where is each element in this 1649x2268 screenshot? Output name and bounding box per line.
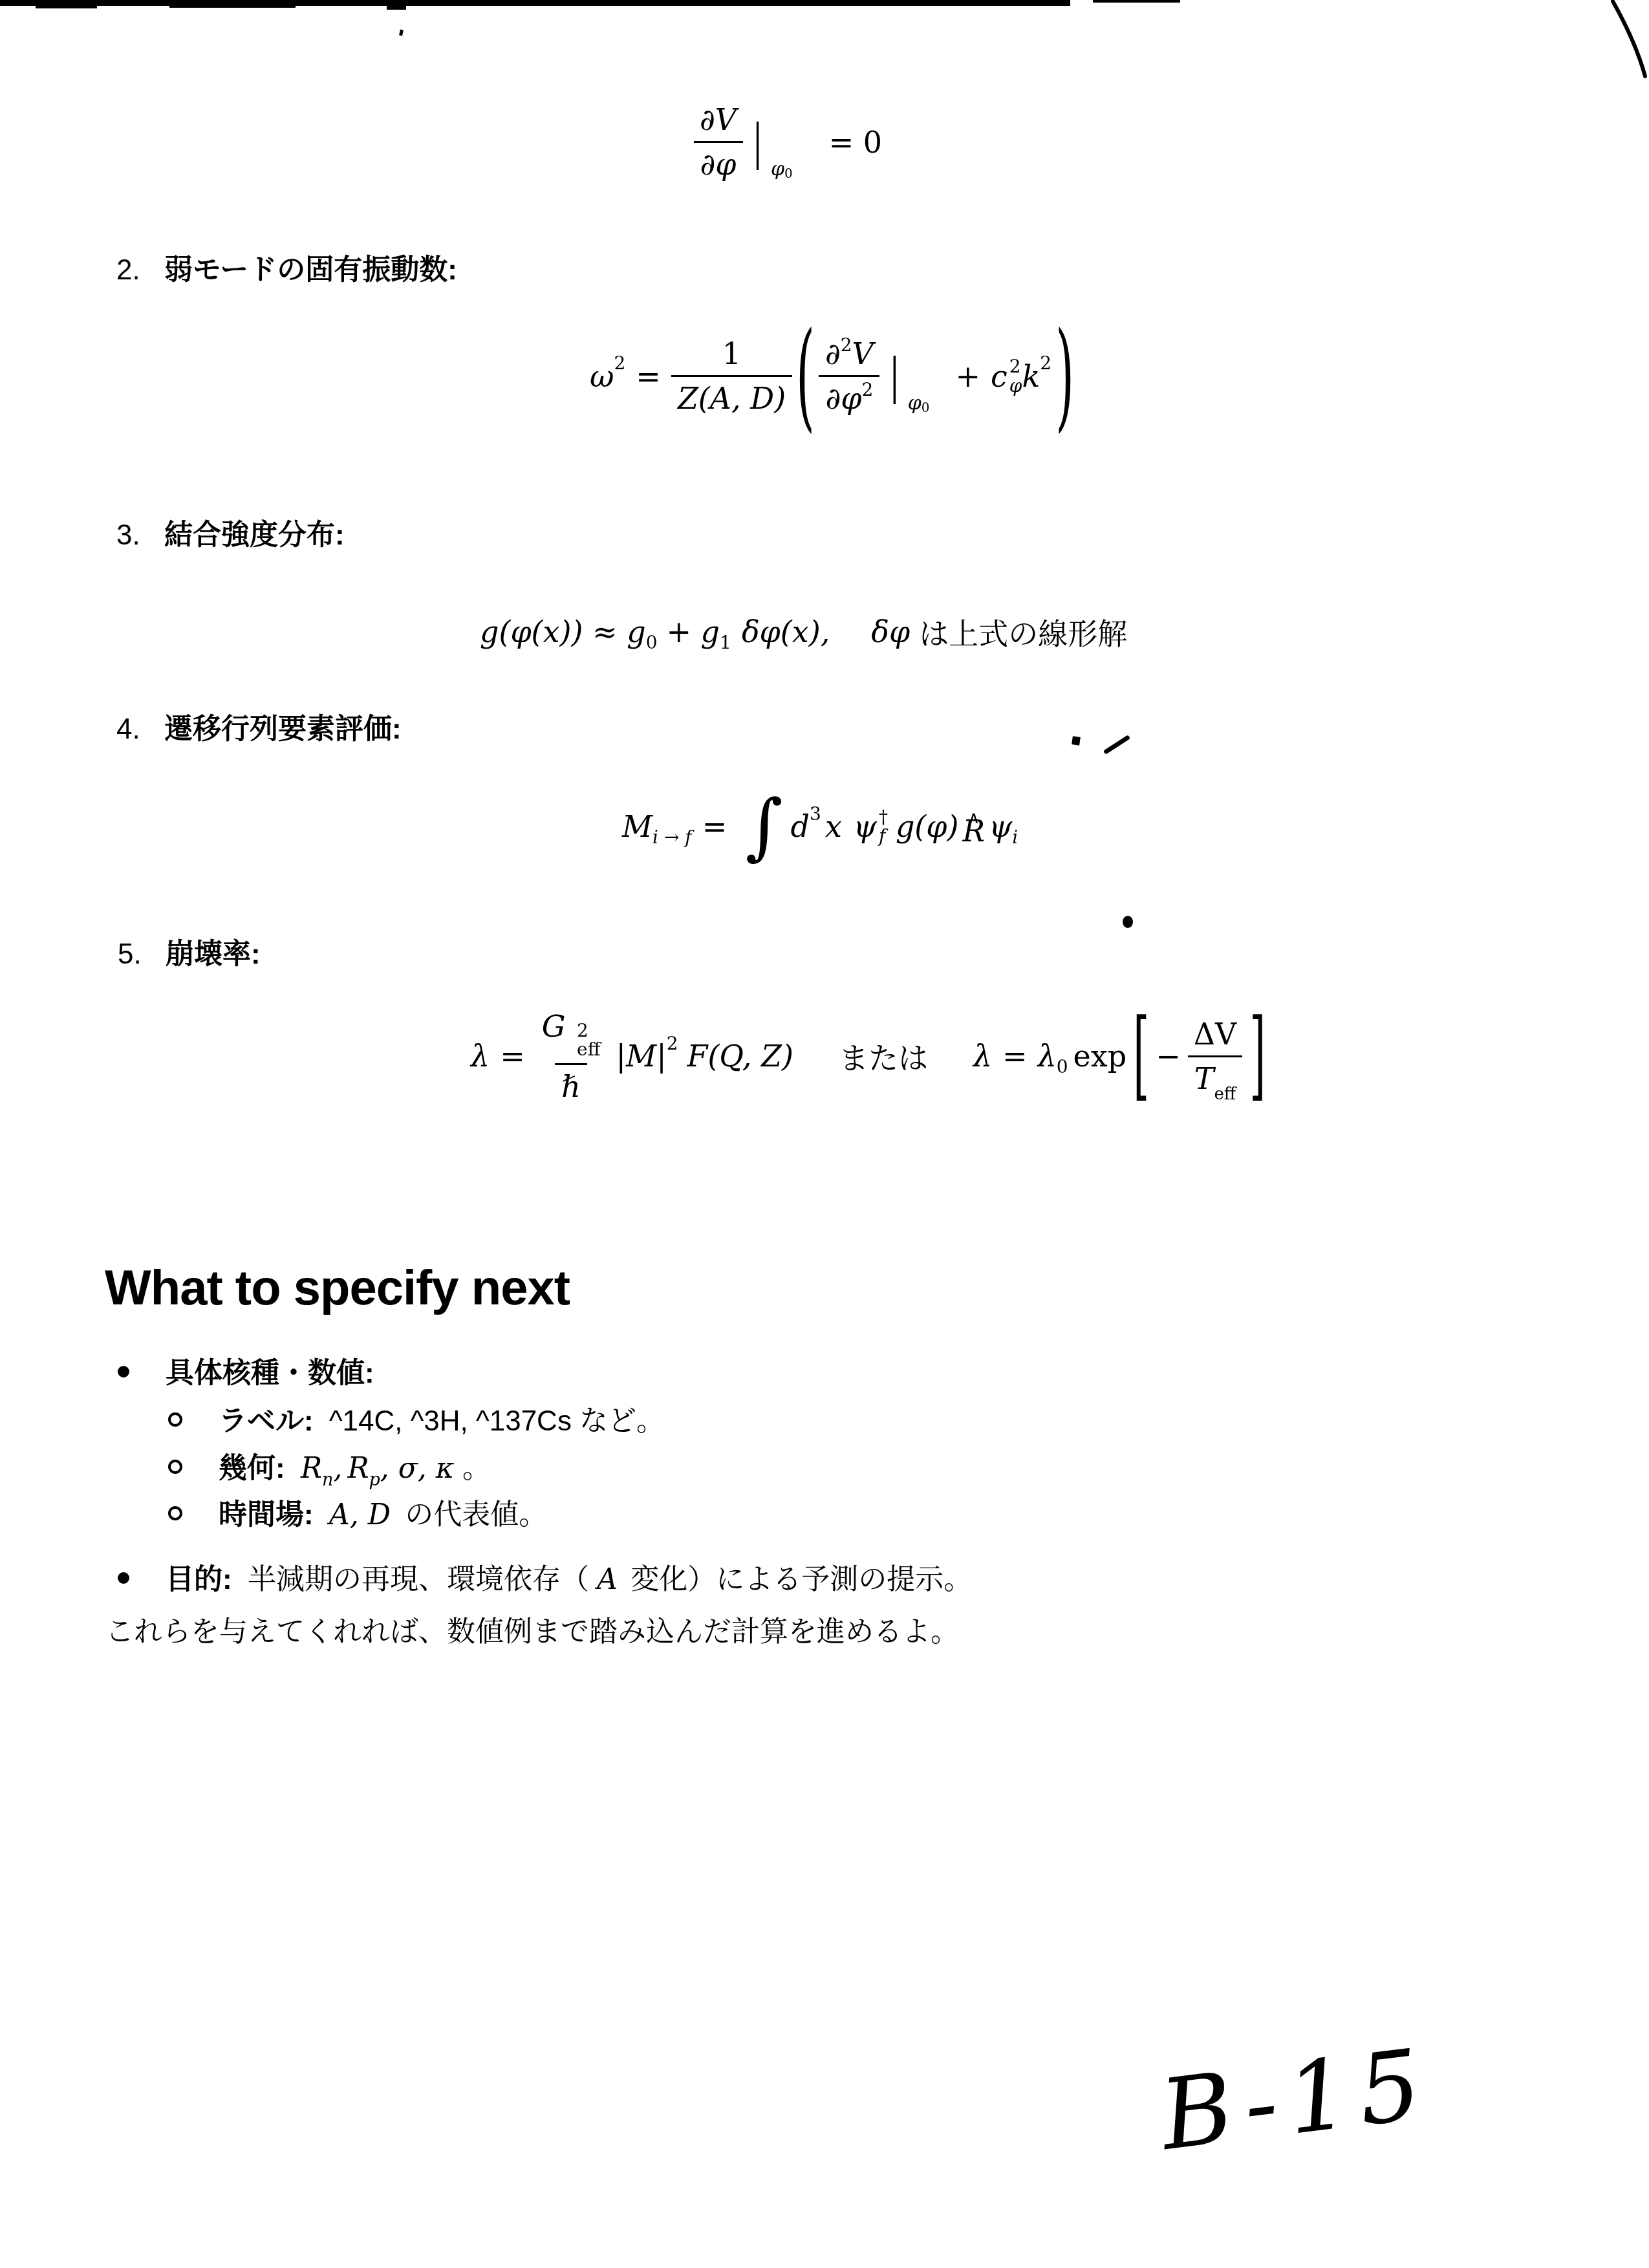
eq2-k: k [1022,359,1040,394]
eq4-integral: ∫ [745,790,782,863]
list-item-5: 5. 崩壊率: [118,938,261,972]
eq2-open-paren: ( [796,318,815,435]
geometry-period: 。 [462,1453,491,1484]
equation-transition-matrix: M i → f = ∫ d 3 x ψ † f g(φ) ∧ R ψ i [622,790,1018,863]
eq4-R: R [962,823,985,839]
circle-bullet-icon [168,1460,182,1474]
eq1-rhs: = 0 [829,125,882,160]
scan-artifact-top-bar [0,0,1070,6]
eq3-note-math: δφ [871,614,910,649]
eq2-k-sup: 2 [1040,352,1051,374]
eq5-G-num: G 2 eff [535,1009,607,1063]
circle-bullet-icon [168,1506,182,1520]
list-item-3-label: 結合強度分布: [164,519,345,553]
sub-bullet-time-fields: 時間場: A, D の代表値。 [168,1497,547,1533]
list-item-4: 4. 遷移行列要素評価: [116,713,402,747]
scan-artifact-ink-blob [1123,916,1133,928]
eq5-hbar: ℏ [555,1063,587,1104]
eq2-omega-sup: 2 [614,352,626,374]
list-item-4-label: 遷移行列要素評価: [164,713,402,747]
eq4-gphi: g(φ) [896,809,959,844]
eq3-note-text: は上式の線形解 [919,610,1127,653]
sub-bullet-geometry-label: 幾何: [219,1453,285,1484]
scan-artifact-top-nub-4 [1093,0,1180,3]
eq4-psi2-sub: i [1012,826,1018,848]
eq1-denominator: ∂φ [694,141,743,182]
eq4-psi-sub: f [879,826,885,845]
eq5-equals2: = [1002,1039,1028,1074]
equation-decay-rate: λ = G 2 eff ℏ |M| 2 F(Q, Z) または λ = λ 0 … [471,1009,1272,1104]
sub-bullet-labels-text: ラベル: ^14C, ^3H, ^137Cs など。 [219,1403,665,1439]
sub-bullet-geometry-text: 幾何: Rn,Rp, σ, κ 。 [219,1451,491,1486]
eq4-equals: = [702,809,727,844]
eq5-lambda0-sub: 0 [1057,1056,1068,1077]
eq2-equals: = [636,359,661,394]
eq2-eval-bar: | [887,352,903,400]
eq2-inner-num-d: ∂ [825,336,841,371]
list-item-2-number: 2. [116,254,164,288]
scan-artifact-corner-curl [1608,0,1649,79]
eq2-c-supsub: 2 φ [1009,357,1022,395]
eq3-plus-g: + g [666,614,720,649]
eq5-T-sub: eff [1214,1085,1236,1104]
eq2-inner-num: ∂2V [819,336,880,375]
eq5-dV-fraction: ΔV Teff [1187,1017,1243,1096]
eq5-F: F(Q, Z) [687,1039,793,1074]
eq5-open-bracket: [ [1133,1008,1149,1105]
eq2-outer-num: 1 [716,336,748,375]
eq5-G-supsub: 2 eff [577,1021,600,1059]
bullet-purpose-A: A [597,1563,618,1596]
eq5-G-sup: 2 [577,1021,588,1040]
eq1-eval-phi: φ [771,158,784,180]
eq2-inner-den: ∂φ2 [819,375,879,416]
list-item-5-label: 崩壊率: [166,938,261,972]
eq4-psi2: ψ [989,809,1012,844]
eq2-inner-den-d: ∂φ [825,381,861,416]
eq5-lambda0: λ [1038,1039,1057,1074]
eq2-evaluated-at: | φ 0 [887,352,930,400]
eq2-inner-num-v: V [852,336,874,371]
eq2-inner-num-sup: 2 [841,334,852,356]
eq1-fraction: ∂V ∂φ [693,102,743,182]
eq3-lhs: g(φ(x)) ≈ g [480,614,646,649]
time-fields-math: A, D [329,1498,391,1531]
eq2-c: c [991,359,1008,394]
eq2-close-paren: ) [1055,318,1074,435]
bullet-nuclide-values-label: 具体核種・数値: [166,1357,374,1389]
eq4-d-sup: 3 [810,803,821,825]
eq1-eval-bar: | [749,118,766,166]
circle-bullet-icon [168,1412,182,1427]
scan-artifact-speck [399,30,404,36]
eq5-G: G [542,1009,566,1044]
eq5-or-text: または [839,1035,928,1077]
eq5-M2-sup: 2 [667,1033,678,1054]
bullet-nuclide-values-text: 具体核種・数値: [166,1355,374,1391]
bullet-purpose: 目的: 半減期の再現、環境依存（ A 変化）による予測の提示。 [118,1562,972,1597]
eq1-eval-point: φ 0 [771,158,793,180]
sub-bullet-labels-value: ^14C, ^3H, ^137Cs など。 [329,1405,665,1437]
sub-bullet-labels-label: ラベル: [219,1405,314,1437]
eq3-g1-sub: 1 [720,632,731,653]
eq2-eval-phi: φ [908,392,921,415]
bullet-purpose-text: 目的: 半減期の再現、環境依存（ A 変化）による予測の提示。 [166,1562,972,1597]
eq2-outer-fraction: 1 Z(A, D) [671,336,792,416]
equation-mode-frequency: ω 2 = 1 Z(A, D) ( ∂2V ∂φ2 | φ 0 + c 2 φ [590,336,1078,416]
eq2-omega: ω [590,359,614,394]
list-item-4-number: 4. [116,713,164,747]
list-item-2-label: 弱モードの固有振動数: [164,254,457,288]
eq5-G-sub: eff [577,1040,600,1059]
eq2-plus: + [956,359,981,394]
eq2-inner-den-sup: 2 [861,379,873,400]
eq2-c-sub: φ [1009,376,1022,395]
sub-bullet-geometry: 幾何: Rn,Rp, σ, κ 。 [168,1451,491,1486]
eq4-psi-sup: † [879,808,888,826]
eq5-lambda: λ [471,1039,490,1074]
eq5-lambda2: λ [973,1039,992,1074]
time-fields-note: の代表値。 [405,1499,547,1531]
eq1-eval-zero: 0 [784,166,793,181]
eq3-deltaphi: δφ(x), [742,614,830,649]
eq1-evaluated-at: | φ 0 [749,118,793,166]
bullet-purpose-label: 目的: [166,1564,232,1595]
eq1-numerator: ∂V [693,102,743,141]
scanned-page: ∂V ∂φ | φ 0 = 0 2. 弱モードの固有振動数: ω 2 = 1 Z… [0,0,1649,2268]
scan-artifact-ink-stroke [1103,735,1130,755]
equation-coupling-distribution: g(φ(x)) ≈ g 0 + g 1 δφ(x), δφ は上式の線形解 [480,610,1127,653]
bullet-purpose-part2: 変化）による予測の提示。 [630,1564,972,1595]
sub-bullet-labels: ラベル: ^14C, ^3H, ^137Cs など。 [168,1403,665,1439]
eq2-eval-zero: 0 [921,400,930,415]
eq4-d: d [791,809,810,844]
list-item-3: 3. 結合強度分布: [116,519,345,553]
list-item-2: 2. 弱モードの固有振動数: [116,254,457,288]
eq4-M: M [622,809,652,844]
eq5-exp: exp [1073,1039,1127,1074]
eq5-dV-den: Teff [1188,1055,1243,1096]
scan-artifact-ink-tick [1072,736,1081,746]
eq5-close-bracket: ] [1249,1008,1266,1105]
bullet-dot-icon [118,1366,129,1377]
handwritten-page-label: B-15 [1155,2027,1438,2172]
eq4-psi: ψ [854,809,877,844]
eq5-minus: − [1156,1039,1181,1074]
equation-stationary-condition: ∂V ∂φ | φ 0 = 0 [693,102,882,182]
closing-line: これらを与えてくれれば、数値例まで踏み込んだ計算を進めるよ。 [105,1608,959,1650]
eq5-M2: |M| [616,1039,667,1074]
scan-artifact-top-nub-2 [169,3,296,8]
eq4-R-hat: ∧ R [962,814,985,839]
sub-bullet-time-fields-text: 時間場: A, D の代表値。 [219,1497,547,1533]
bullet-nuclide-values: 具体核種・数値: [118,1355,374,1391]
scan-artifact-top-nub-3 [387,0,406,10]
eq5-T: T [1194,1061,1214,1096]
eq2-c-sup: 2 [1009,357,1021,376]
eq5-equals: = [500,1039,525,1074]
bullet-dot-icon [118,1572,129,1584]
eq4-x: x [825,809,842,844]
list-item-3-number: 3. [116,519,164,553]
list-item-5-number: 5. [118,938,166,972]
sub-bullet-time-fields-label: 時間場: [219,1499,314,1531]
page-heading: What to specify next [105,1260,570,1316]
scan-artifact-top-nub-1 [36,5,97,8]
eq4-M-sub: i → f [652,826,692,848]
eq5-G-fraction: G 2 eff ℏ [535,1009,607,1104]
bullet-purpose-part1: 半減期の再現、環境依存（ [248,1564,589,1595]
eq4-psi-supsub: † f [879,808,888,846]
geometry-R-n: Rn,Rp, σ, κ [301,1452,455,1485]
eq2-outer-den: Z(A, D) [671,375,792,416]
eq3-g0-sub: 0 [646,632,658,653]
eq2-eval-point: φ 0 [908,392,930,415]
eq5-dV-num: ΔV [1187,1017,1243,1055]
eq2-inner-fraction: ∂2V ∂φ2 [819,336,880,416]
